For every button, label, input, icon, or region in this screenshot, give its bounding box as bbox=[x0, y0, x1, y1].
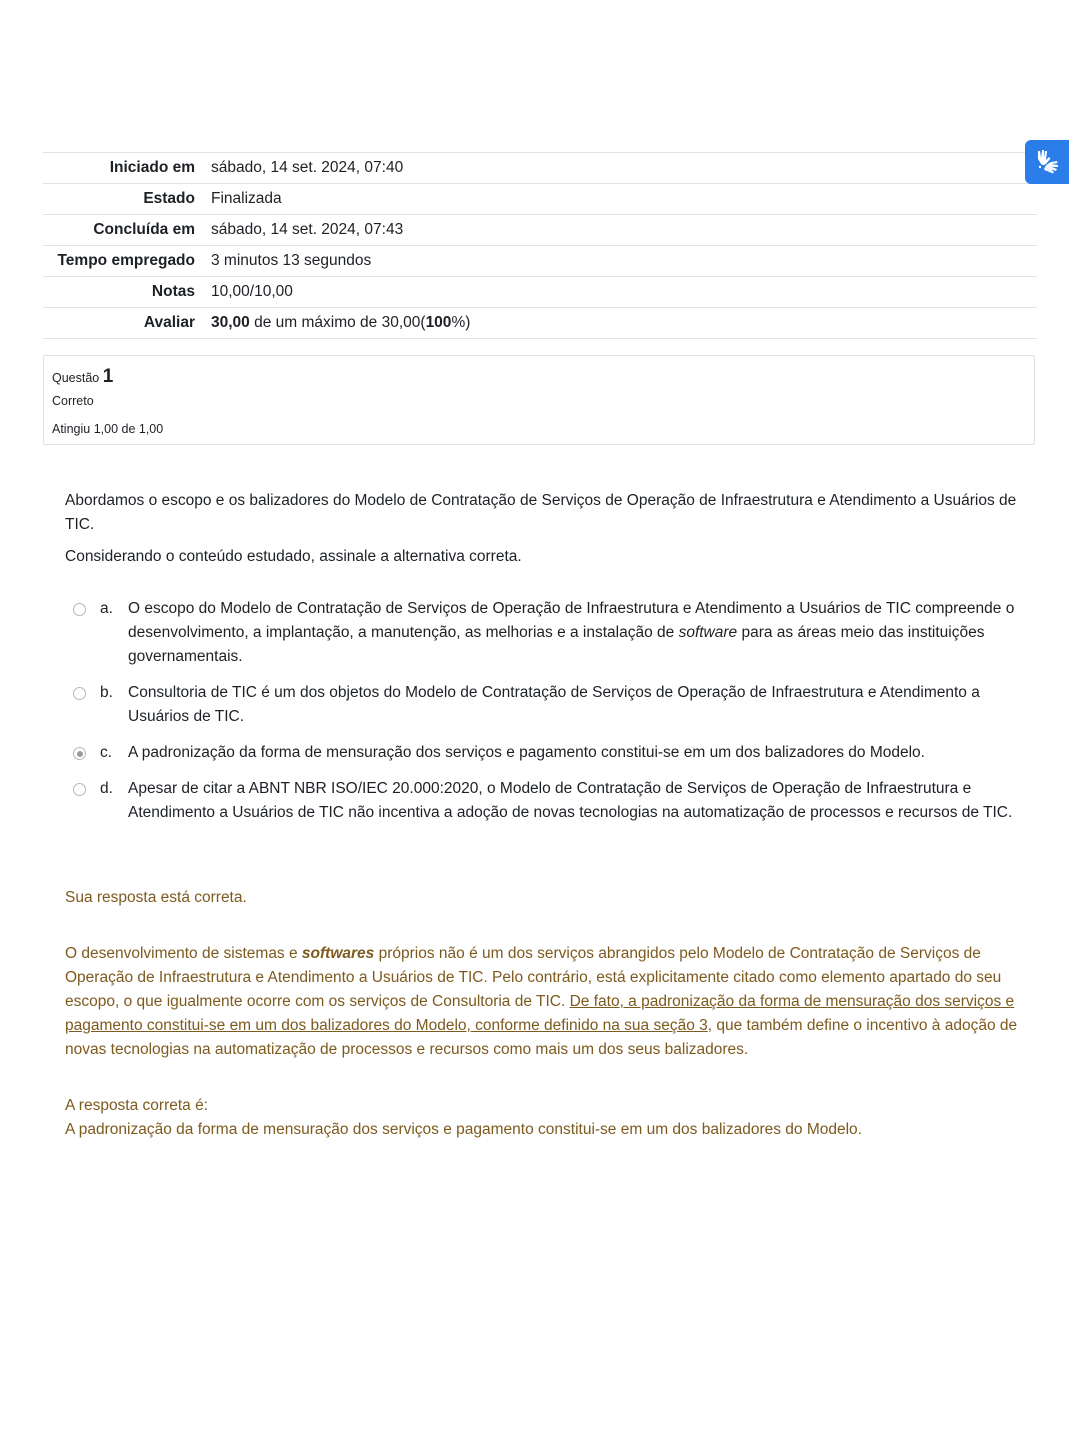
question-prefix: Questão bbox=[52, 371, 99, 385]
summary-label: Tempo empregado bbox=[43, 246, 203, 277]
summary-value: Finalizada bbox=[203, 184, 1037, 215]
summary-row-grade: Avaliar 30,00 de um máximo de 30,00(100%… bbox=[43, 308, 1037, 339]
grade-suffix: %) bbox=[451, 314, 470, 331]
explanation-emphasis: softwares bbox=[302, 945, 374, 962]
summary-label: Iniciado em bbox=[43, 153, 203, 184]
summary-label: Concluída em bbox=[43, 215, 203, 246]
answer-text: O escopo do Modelo de Contratação de Ser… bbox=[128, 597, 1020, 669]
attempt-summary-table: Iniciado em sábado, 14 set. 2024, 07:40 … bbox=[43, 152, 1037, 339]
accessibility-sign-language-button[interactable] bbox=[1025, 140, 1069, 184]
summary-value: 10,00/10,00 bbox=[203, 277, 1037, 308]
answer-option-d[interactable]: d. Apesar de citar a ABNT NBR ISO/IEC 20… bbox=[70, 777, 1020, 825]
answer-text-italic: software bbox=[679, 624, 738, 641]
question-number: Questão 1 bbox=[52, 366, 113, 388]
feedback-section: Sua resposta está correta. O desenvolvim… bbox=[65, 886, 1025, 1142]
summary-label: Estado bbox=[43, 184, 203, 215]
summary-row-time-taken: Tempo empregado 3 minutos 13 segundos bbox=[43, 246, 1037, 277]
question-paragraph: Considerando o conteúdo estudado, assina… bbox=[65, 545, 1025, 569]
radio-button[interactable] bbox=[73, 603, 86, 616]
answer-option-c[interactable]: c. A padronização da forma de mensuração… bbox=[70, 741, 1020, 765]
sign-language-hands-icon bbox=[1032, 147, 1062, 177]
answer-text: Consultoria de TIC é um dos objetos do M… bbox=[128, 681, 1020, 729]
question-number-value: 1 bbox=[103, 366, 114, 387]
grade-middle: de um máximo de 30,00( bbox=[250, 314, 426, 331]
grade-percent: 100 bbox=[426, 314, 452, 331]
summary-row-marks: Notas 10,00/10,00 bbox=[43, 277, 1037, 308]
radio-button-selected[interactable] bbox=[73, 747, 86, 760]
answer-text: A padronização da forma de mensuração do… bbox=[128, 741, 1020, 765]
question-text: Abordamos o escopo e os balizadores do M… bbox=[65, 489, 1025, 577]
answer-letter: c. bbox=[100, 741, 128, 765]
radio-button[interactable] bbox=[73, 783, 86, 796]
right-answer-label: A resposta correta é: bbox=[65, 1094, 1025, 1118]
question-info-box: Questão 1 Correto Atingiu 1,00 de 1,00 bbox=[43, 355, 1035, 445]
feedback-result: Sua resposta está correta. bbox=[65, 886, 1025, 910]
answer-option-a[interactable]: a. O escopo do Modelo de Contratação de … bbox=[70, 597, 1020, 669]
grade-score: 30,00 bbox=[211, 314, 250, 331]
radio-button[interactable] bbox=[73, 687, 86, 700]
right-answer-text: A padronização da forma de mensuração do… bbox=[65, 1118, 1025, 1142]
summary-row-started: Iniciado em sábado, 14 set. 2024, 07:40 bbox=[43, 153, 1037, 184]
answer-letter: d. bbox=[100, 777, 128, 825]
question-state: Correto bbox=[52, 394, 94, 408]
summary-value: 3 minutos 13 segundos bbox=[203, 246, 1037, 277]
summary-row-completed: Concluída em sábado, 14 set. 2024, 07:43 bbox=[43, 215, 1037, 246]
summary-label: Avaliar bbox=[43, 308, 203, 339]
answer-letter: b. bbox=[100, 681, 128, 729]
answer-letter: a. bbox=[100, 597, 128, 669]
summary-label: Notas bbox=[43, 277, 203, 308]
summary-row-state: Estado Finalizada bbox=[43, 184, 1037, 215]
answer-text: Apesar de citar a ABNT NBR ISO/IEC 20.00… bbox=[128, 777, 1020, 825]
answer-option-b[interactable]: b. Consultoria de TIC é um dos objetos d… bbox=[70, 681, 1020, 729]
summary-value: 30,00 de um máximo de 30,00(100%) bbox=[203, 308, 1037, 339]
question-grade: Atingiu 1,00 de 1,00 bbox=[52, 422, 163, 436]
explanation-text: O desenvolvimento de sistemas e bbox=[65, 945, 302, 962]
question-paragraph: Abordamos o escopo e os balizadores do M… bbox=[65, 489, 1025, 537]
feedback-explanation: O desenvolvimento de sistemas e software… bbox=[65, 942, 1025, 1062]
summary-value: sábado, 14 set. 2024, 07:43 bbox=[203, 215, 1037, 246]
summary-value: sábado, 14 set. 2024, 07:40 bbox=[203, 153, 1037, 184]
answer-options: a. O escopo do Modelo de Contratação de … bbox=[70, 597, 1020, 837]
